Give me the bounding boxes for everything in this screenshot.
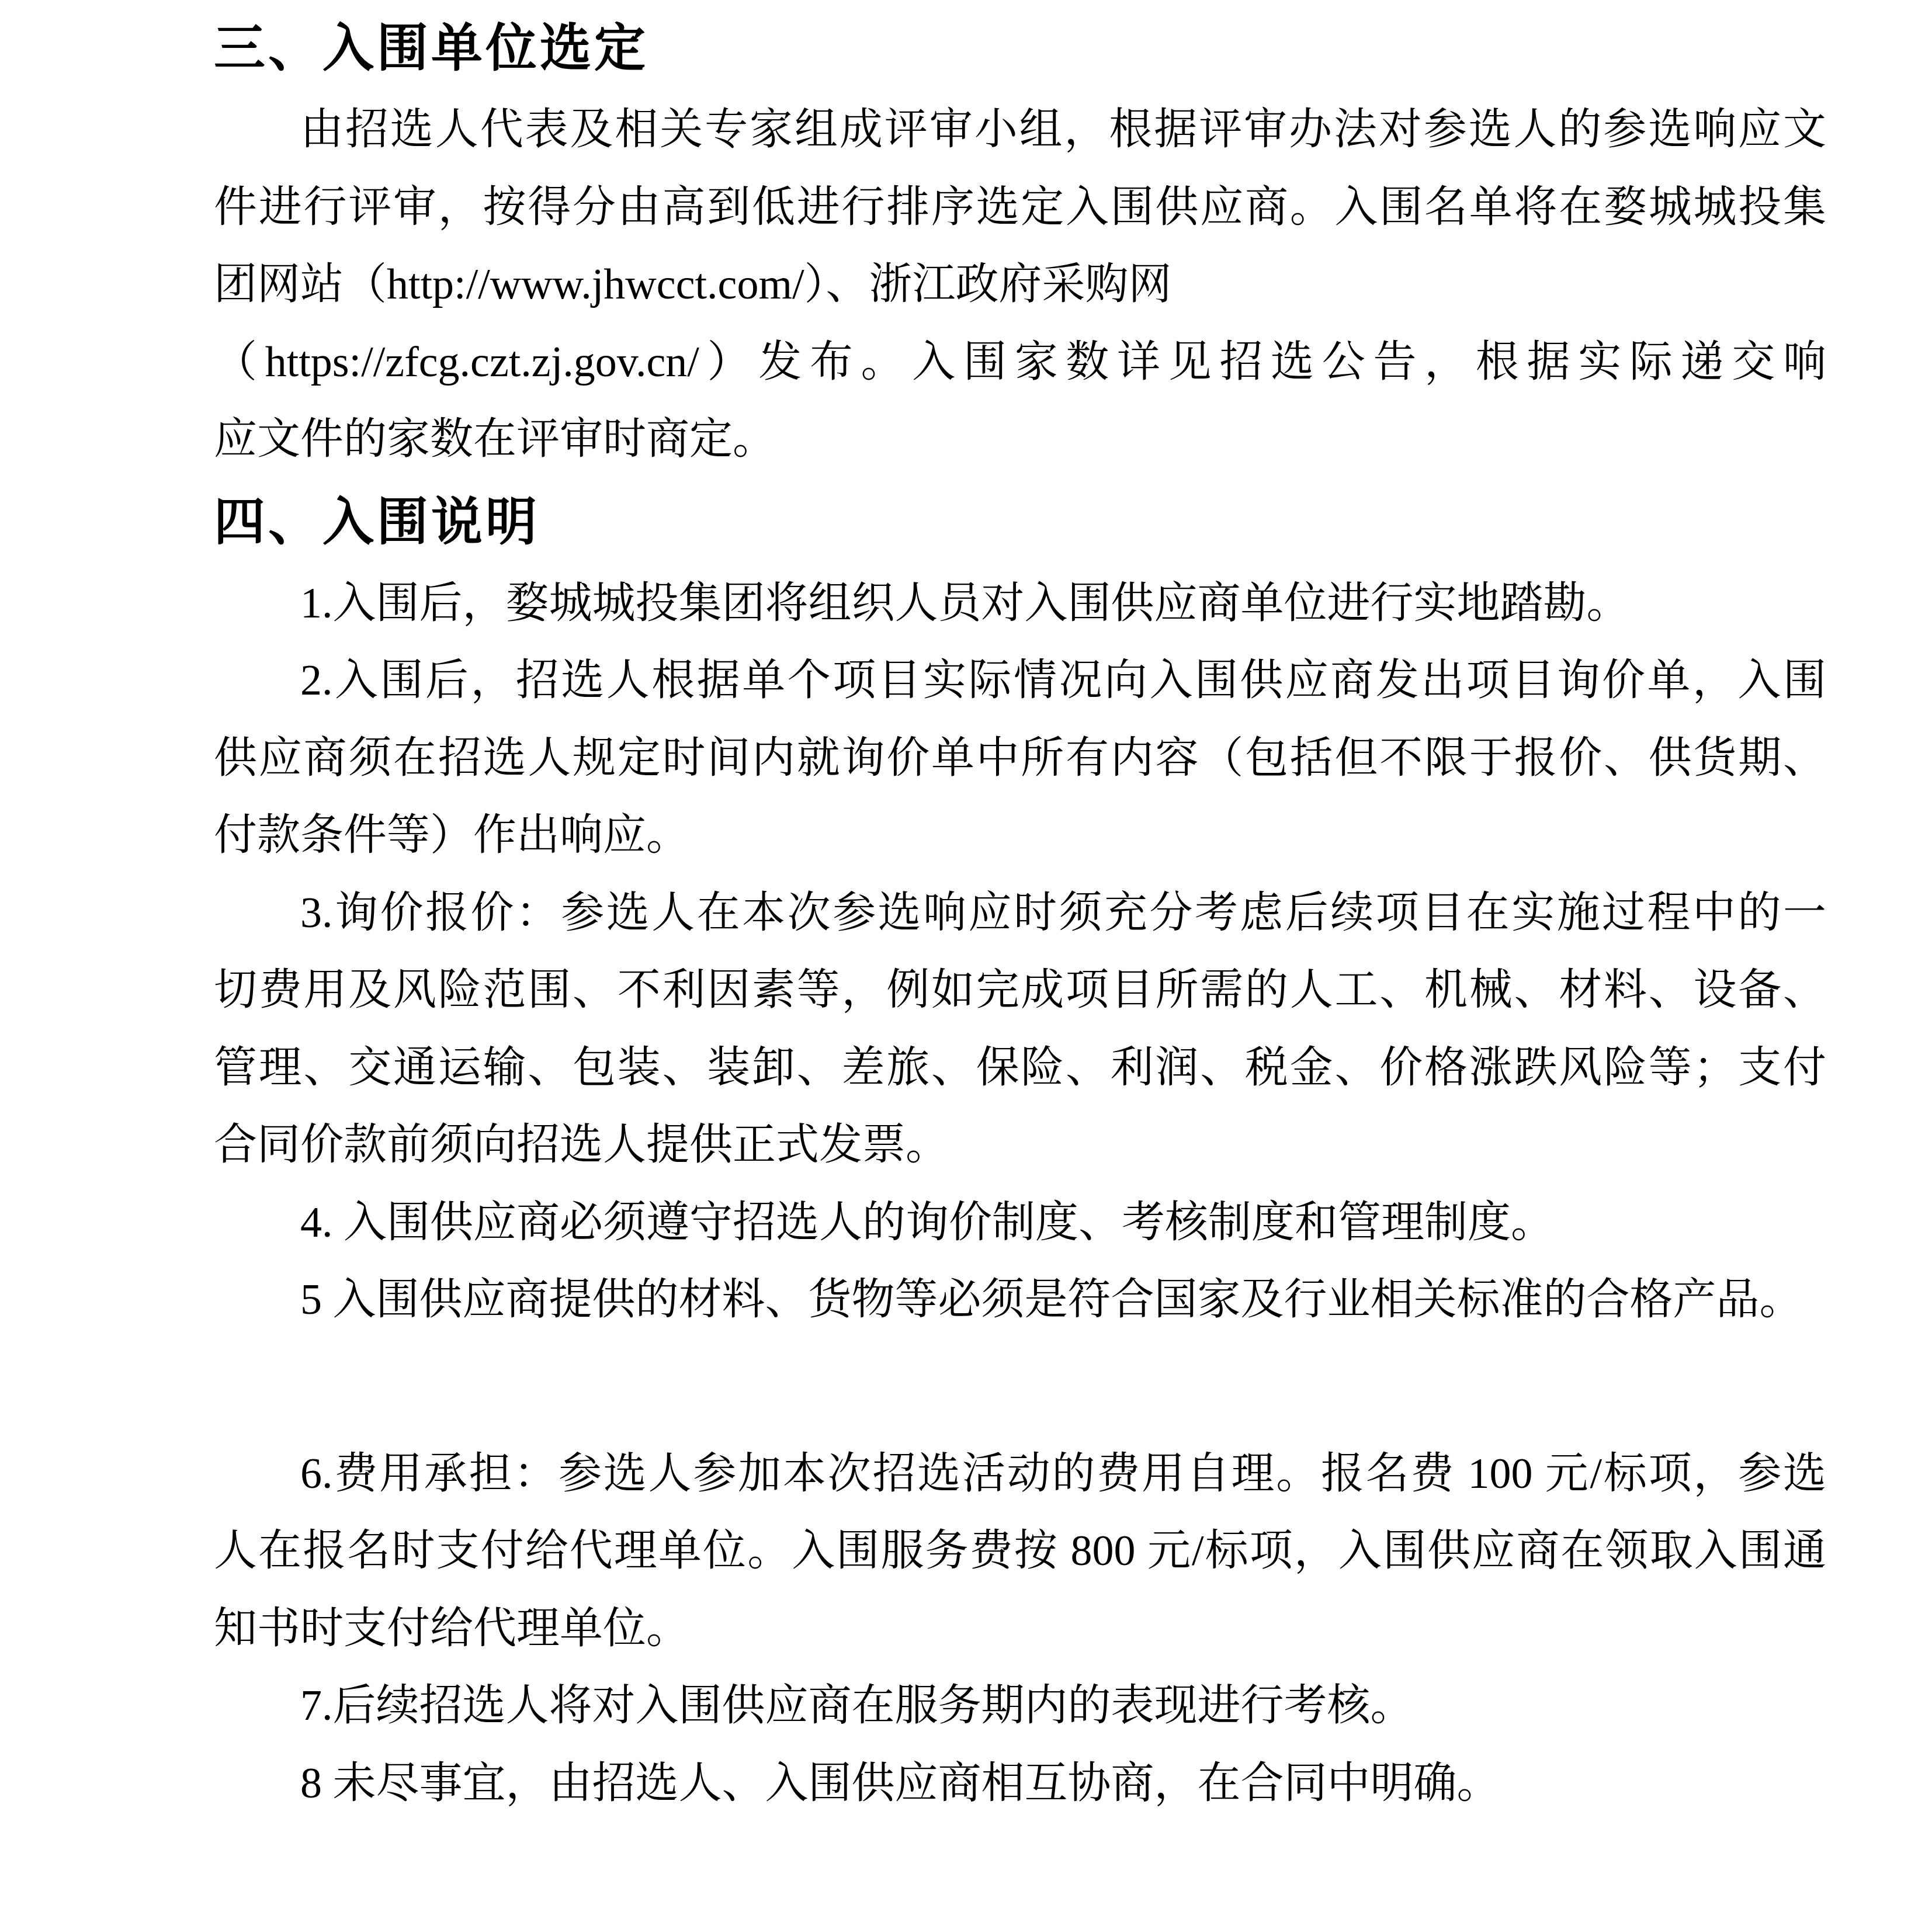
paragraph-line: （https://zfcg.czt.zj.gov.cn/）发布。入围家数详见招选… xyxy=(214,324,1826,401)
paragraph-line: 4. 入围供应商必须遵守招选人的询价制度、考核制度和管理制度。 xyxy=(214,1184,1826,1262)
paragraph-line: 知书时支付给代理单位。 xyxy=(214,1590,1826,1668)
paragraph-line: 付款条件等）作出响应。 xyxy=(214,797,1826,875)
section-heading: 三、入围单位选定 xyxy=(214,5,1826,91)
paragraph-line: 7.后续招选人将对入围供应商在服务期内的表现进行考核。 xyxy=(214,1667,1826,1745)
paragraph-line: 6.费用承担：参选人参加本次招选活动的费用自理。报名费 100 元/标项，参选 xyxy=(214,1435,1826,1513)
document-page: 三、入围单位选定由招选人代表及相关专家组成评审小组，根据评审办法对参选人的参选响… xyxy=(0,0,1932,1912)
paragraph-line: 团网站（http://www.jhwcct.com/）、浙江政府采购网 xyxy=(214,246,1826,324)
paragraph-line: 应文件的家数在评审时商定。 xyxy=(214,401,1826,478)
paragraph-line: 供应商须在招选人规定时间内就询价单中所有内容（包括但不限于报价、供货期、 xyxy=(214,720,1826,797)
paragraph-line: 管理、交通运输、包装、装卸、差旅、保险、利润、税金、价格涨跌风险等；支付 xyxy=(214,1029,1826,1107)
paragraph-line: 合同价款前须向招选人提供正式发票。 xyxy=(214,1106,1826,1184)
paragraph-line: 3.询价报价：参选人在本次参选响应时须充分考虑后续项目在实施过程中的一 xyxy=(214,875,1826,952)
paragraph-line: 由招选人代表及相关专家组成评审小组，根据评审办法对参选人的参选响应文 xyxy=(214,91,1826,169)
document-text-block: 三、入围单位选定由招选人代表及相关专家组成评审小组，根据评审办法对参选人的参选响… xyxy=(214,5,1826,1822)
section-heading: 四、入围说明 xyxy=(214,478,1826,565)
blank-line xyxy=(214,1339,1826,1435)
paragraph-line: 1.入围后，婺城城投集团将组织人员对入围供应商单位进行实地踏勘。 xyxy=(214,565,1826,643)
paragraph-line: 人在报名时支付给代理单位。入围服务费按 800 元/标项，入围供应商在领取入围通 xyxy=(214,1512,1826,1590)
paragraph-line: 5 入围供应商提供的材料、货物等必须是符合国家及行业相关标准的合格产品。 xyxy=(214,1261,1826,1339)
paragraph-line: 2.入围后，招选人根据单个项目实际情况向入围供应商发出项目询价单，入围 xyxy=(214,642,1826,720)
paragraph-line: 切费用及风险范围、不利因素等，例如完成项目所需的人工、机械、材料、设备、 xyxy=(214,952,1826,1029)
paragraph-line: 8 未尽事宜，由招选人、入围供应商相互协商，在合同中明确。 xyxy=(214,1745,1826,1823)
paragraph-line: 件进行评审，按得分由高到低进行排序选定入围供应商。入围名单将在婺城城投集 xyxy=(214,169,1826,247)
